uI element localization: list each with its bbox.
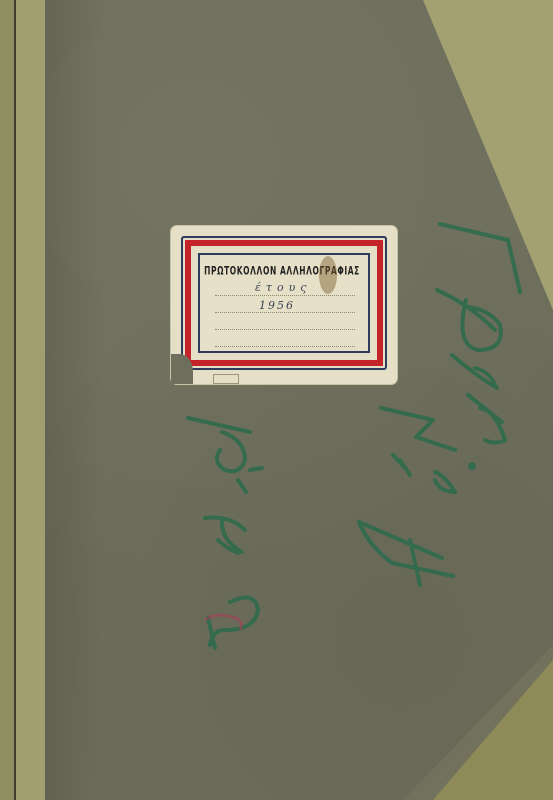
handwriting-gamma: [440, 224, 520, 292]
handwritten-notes: [0, 0, 553, 800]
ledger-cover: ΠΡΩΤΟΚΟΛΛΟΝ ΑΛΛΗΛΟΓΡΑΦΙΑΣ έτους 1956: [0, 0, 553, 800]
